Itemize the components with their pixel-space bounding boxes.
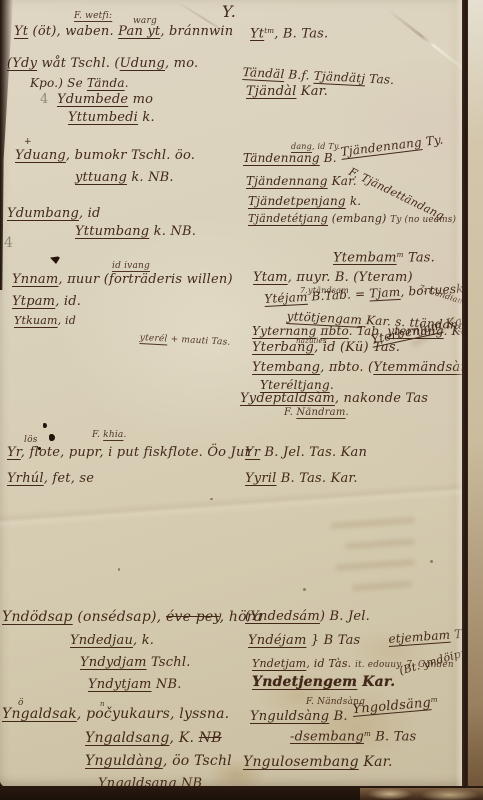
manuscript-word: , öo Tschl (163, 753, 232, 769)
manuscript-word: . (330, 378, 334, 392)
manuscript-line: 4 (4, 236, 13, 250)
manuscript-word: + (24, 137, 32, 147)
manuscript-word: Pan yt (118, 24, 160, 39)
manuscript-word: Ynguldsàng (250, 709, 329, 724)
manuscript-word: Yndödsap (2, 609, 73, 625)
manuscript-word: tm (264, 26, 274, 35)
manuscript-word: Yteréltjang (260, 378, 330, 392)
manuscript-line: (Ydy wåt Tschl. (Udung, mo. (7, 57, 198, 70)
manuscript-word: (öt), waben. (28, 24, 118, 39)
manuscript-word: , id Ty. (312, 142, 340, 151)
manuscript-word: m (430, 695, 438, 705)
section-heading: Y. (222, 4, 236, 20)
paper-speck (210, 498, 213, 500)
manuscript-word: Yt (250, 26, 264, 41)
manuscript-line: Yrhúl, fet, se (7, 472, 94, 485)
manuscript-line: Yteréltjang. (260, 379, 334, 391)
manuscript-word: B.f. (284, 67, 314, 83)
manuscript-word: , K. (170, 730, 199, 746)
manuscript-word: , mo. (165, 56, 198, 71)
manuscript-word: (onsédsap), (73, 609, 166, 625)
manuscript-word: , πuyr. B. (Yteram) (288, 270, 413, 285)
manuscript-word: id ivang (112, 261, 150, 271)
manuscript-line: id ivang (112, 262, 150, 271)
manuscript-line: Tändennang B. (243, 152, 337, 164)
manuscript-word: Tas. (404, 250, 435, 265)
manuscript-line: Ynguldsàng B. (250, 710, 348, 723)
manuscript-line: -dsembangm B. Tas (290, 730, 416, 743)
manuscript-word: Yyril (245, 471, 276, 486)
manuscript-line: Yndödsap (onsédsap), éve pey, höra (2, 610, 262, 624)
manuscript-word: lös (24, 435, 38, 445)
manuscript-word: , nakonde Tas (335, 391, 428, 406)
manuscript-word: Tjändàl (246, 84, 296, 99)
manuscript-word: , id Tàs. (306, 657, 355, 670)
manuscript-word: Yndedjau (70, 633, 133, 648)
manuscript-word: Ytkuam (14, 314, 58, 327)
manuscript-word: B. (320, 151, 337, 165)
manuscript-word: Ytéjam (264, 290, 308, 306)
manuscript-line: Yndytjam NB. (88, 678, 182, 691)
manuscript-word: . (125, 76, 129, 90)
manuscript-word: Tschl. (147, 655, 191, 670)
manuscript-word: m (364, 729, 371, 738)
manuscript-word: Yngaldsang (85, 730, 170, 746)
manuscript-word: , bránnwin (160, 24, 233, 39)
manuscript-word: Ydumbede (57, 92, 128, 107)
manuscript-word: k. NB. (149, 224, 196, 239)
manuscript-line: F. Nändram. (284, 408, 349, 418)
manuscript-line: (Yndedsám) B. Jel. (245, 610, 370, 623)
manuscript-line: Ytkuam, id (14, 315, 76, 326)
manuscript-word: Ynguldàng (85, 753, 163, 769)
manuscript-word: Yttumbedi (68, 110, 138, 125)
manuscript-word: Tjändätj (313, 69, 365, 86)
manuscript-line: Yttumbang k. NB. (75, 225, 196, 238)
manuscript-word: yterél (140, 333, 168, 344)
manuscript-word: khia (103, 430, 123, 440)
manuscript-word: Tas. (365, 71, 395, 86)
ink-blot (49, 434, 55, 441)
manuscript-word: k. (138, 110, 155, 125)
manuscript-word: -dsembang (290, 729, 364, 744)
manuscript-word: πbto (320, 324, 348, 338)
manuscript-word: 4 (4, 235, 13, 251)
manuscript-word: , id. (55, 294, 81, 309)
manuscript-word: k. NB. (127, 170, 174, 185)
manuscript-line: 4 (40, 93, 48, 106)
manuscript-word: m (397, 250, 404, 259)
manuscript-word: 4 (40, 92, 48, 107)
manuscript-word: F. wetfi: (74, 11, 112, 21)
paper-speck (118, 568, 120, 571)
manuscript-line: Yngulosembang Kar. (243, 755, 393, 769)
manuscript-line: Tjändetpenjang k. (248, 195, 361, 207)
manuscript-line: Ynguldàng, öo Tschl (85, 754, 232, 768)
manuscript-word: Ty (no ueams) (390, 215, 456, 225)
manuscript-word: B. (329, 709, 347, 724)
manuscript-word: Yr (7, 445, 21, 460)
manuscript-word: Yrhúl (7, 471, 44, 486)
manuscript-line: dang, id Ty. (291, 143, 340, 151)
manuscript-line: F. khia. (92, 431, 127, 440)
manuscript-line: Ytam, πuyr. B. (Yteram) (253, 271, 413, 284)
manuscript-word: yttuang (75, 170, 127, 185)
manuscript-word: (embang) (328, 212, 390, 225)
manuscript-word: , πbto. ( (320, 360, 373, 375)
manuscript-word: Yterbang (252, 340, 314, 355)
manuscript-line: Ydumbang, id (7, 207, 101, 220)
manuscript-line: Yttm, B. Tas. (250, 27, 328, 40)
manuscript-word: Yydeptaldsàm (240, 391, 335, 406)
manuscript-word: B. Jel. Tas. Kan (260, 445, 367, 460)
manuscript-word: F. (92, 430, 103, 440)
manuscript-word: mo (128, 92, 153, 107)
manuscript-line: Kpo.) Se Tända. (30, 77, 129, 89)
manuscript-line: Yduang, bumokr Tschl. öo. (15, 149, 195, 162)
ink-blot (38, 447, 41, 450)
manuscript-line: Tjändetétjang (embang) Ty (no ueams) (248, 213, 456, 225)
manuscript-word: , B. Tas. (274, 26, 328, 41)
manuscript-word: éve pey (166, 609, 220, 625)
manuscript-word: B. Tas. Kar. (276, 471, 357, 486)
manuscript-word: Tjändetétjang (248, 212, 328, 225)
manuscript-line: Yngaldsak, počyukaurs, lyssna. (2, 707, 229, 721)
manuscript-word: . (346, 407, 349, 418)
manuscript-word: (Ydy (7, 56, 37, 71)
manuscript-line: yttuang k. NB. (75, 171, 174, 184)
manuscript-word: , počyukaurs, lyssna. (77, 706, 229, 722)
manuscript-word: NB (199, 730, 222, 746)
manuscript-word: Yttumbang (75, 224, 149, 239)
manuscript-word: Kar. (359, 754, 393, 770)
manuscript-word: NB. (152, 677, 182, 692)
manuscript-word: Ytpam (12, 294, 55, 309)
manuscript-line: Yndydjam Tschl. (80, 656, 191, 669)
manuscript-word: Yndéjam (248, 633, 306, 648)
adjacent-page-edge (468, 0, 483, 800)
manuscript-word: Tända (87, 76, 125, 90)
manuscript-word: Yngulosembang (243, 754, 359, 770)
manuscript-word: } B Tas (306, 633, 360, 648)
manuscript-word: F. (284, 407, 296, 418)
manuscript-word: Ytembang (252, 360, 320, 375)
manuscript-word: Tjam (369, 285, 401, 301)
paper-speck (430, 560, 433, 563)
manuscript-word: , bumokr Tschl. öo. (66, 148, 195, 163)
manuscript-word: Ty. (421, 132, 444, 149)
manuscript-line: Yttumbedi k. (68, 111, 155, 124)
manuscript-word: Kpo.) Se (30, 76, 87, 90)
manuscript-word: B. Tas (371, 729, 416, 744)
manuscript-line: Tjändennang Kar. (246, 175, 357, 187)
manuscript-line: Yndetjengem Kar. (252, 675, 395, 689)
manuscript-word: Yndetjengem (252, 674, 357, 690)
manuscript-line: F. wetfi: (74, 12, 112, 21)
manuscript-word: ) B. Jel. (320, 609, 370, 624)
manuscript-word: Yngaldsak (2, 706, 77, 722)
manuscript-word: Yndytjam (88, 677, 152, 692)
manuscript-line: Yngaldsang, K. NB (85, 731, 222, 745)
manuscript-line: Yndedjau, k. (70, 634, 154, 647)
manuscript-word: , k. (133, 633, 154, 648)
manuscript-word: Ytembam (333, 250, 397, 265)
manuscript-word: . (123, 430, 126, 440)
manuscript-line: Yt (öt), waben. Pan yt, bránnwin (14, 25, 233, 38)
manuscript-line: Tjändàl Kar. (246, 85, 328, 98)
manuscript-word: , id (58, 314, 76, 327)
manuscript-word: , fet, se (44, 471, 94, 486)
manuscript-word: Tjändetpenjang (248, 194, 346, 208)
manuscript-word: Tändennang (243, 151, 320, 165)
manuscript-line: lös (24, 436, 38, 445)
paper-speck (303, 588, 306, 591)
manuscript-word: Yndydjam (80, 655, 147, 670)
ink-blot (43, 423, 47, 428)
manuscript-word: Kar. (296, 84, 328, 99)
manuscript-word: (Yndedsám (245, 609, 320, 624)
under-page-edge (360, 788, 483, 800)
manuscript-line: Yyril B. Tas. Kar. (245, 472, 358, 485)
manuscript-word: Tjändennang (246, 174, 328, 188)
manuscript-word: dang (291, 142, 312, 151)
manuscript-word: Ydumbang (7, 206, 79, 221)
manuscript-line: Yydeptaldsàm, nakonde Tas (240, 392, 428, 405)
manuscript-word: Yt (14, 24, 28, 39)
manuscript-line: Ytpam, id. (12, 295, 81, 308)
manuscript-line: Ytembamm Tas. (333, 251, 435, 264)
manuscript-word: Tändäl (242, 65, 285, 81)
manuscript-word: Y. (222, 2, 236, 21)
manuscript-word: Yr (245, 445, 260, 460)
manuscript-word: Ytam (253, 270, 288, 285)
manuscript-line: Yr, flote, pupr, i put fiskflote. Öo Jur (7, 446, 251, 459)
manuscript-word: Yduang (15, 148, 66, 163)
manuscript-word: k. (346, 194, 362, 208)
manuscript-line: Ytembang, πbto. (Ytemmändsàm (252, 361, 473, 374)
manuscript-word: , flote, pupr, i put fiskflote. Öo Jur (21, 445, 251, 460)
manuscript-line: + (24, 138, 32, 147)
manuscript-line: Ydumbede mo (57, 93, 153, 106)
manuscript-word: Udung (120, 56, 165, 71)
manuscript-line: Yndéjam } B Tas (248, 634, 360, 647)
manuscript-word: Kar. (357, 674, 395, 690)
manuscript-word: , πuur (forträderis willen) (58, 272, 232, 287)
manuscript-line: Yr B. Jel. Tas. Kan (245, 446, 367, 459)
manuscript-word: Ynnam (12, 272, 58, 287)
manuscript-word: Yyternang (252, 324, 316, 338)
manuscript-word: wåt Tschl. ( (37, 56, 120, 71)
manuscript-photo: F. wetfi:wargY.Yt (öt), waben. Pan yt, b… (0, 0, 483, 800)
manuscript-word: , id (79, 206, 101, 221)
manuscript-word: Yndetjam (252, 657, 306, 670)
manuscript-word: Nändram (296, 407, 345, 418)
manuscript-line: Ynnam, πuur (forträderis willen) (12, 273, 233, 286)
